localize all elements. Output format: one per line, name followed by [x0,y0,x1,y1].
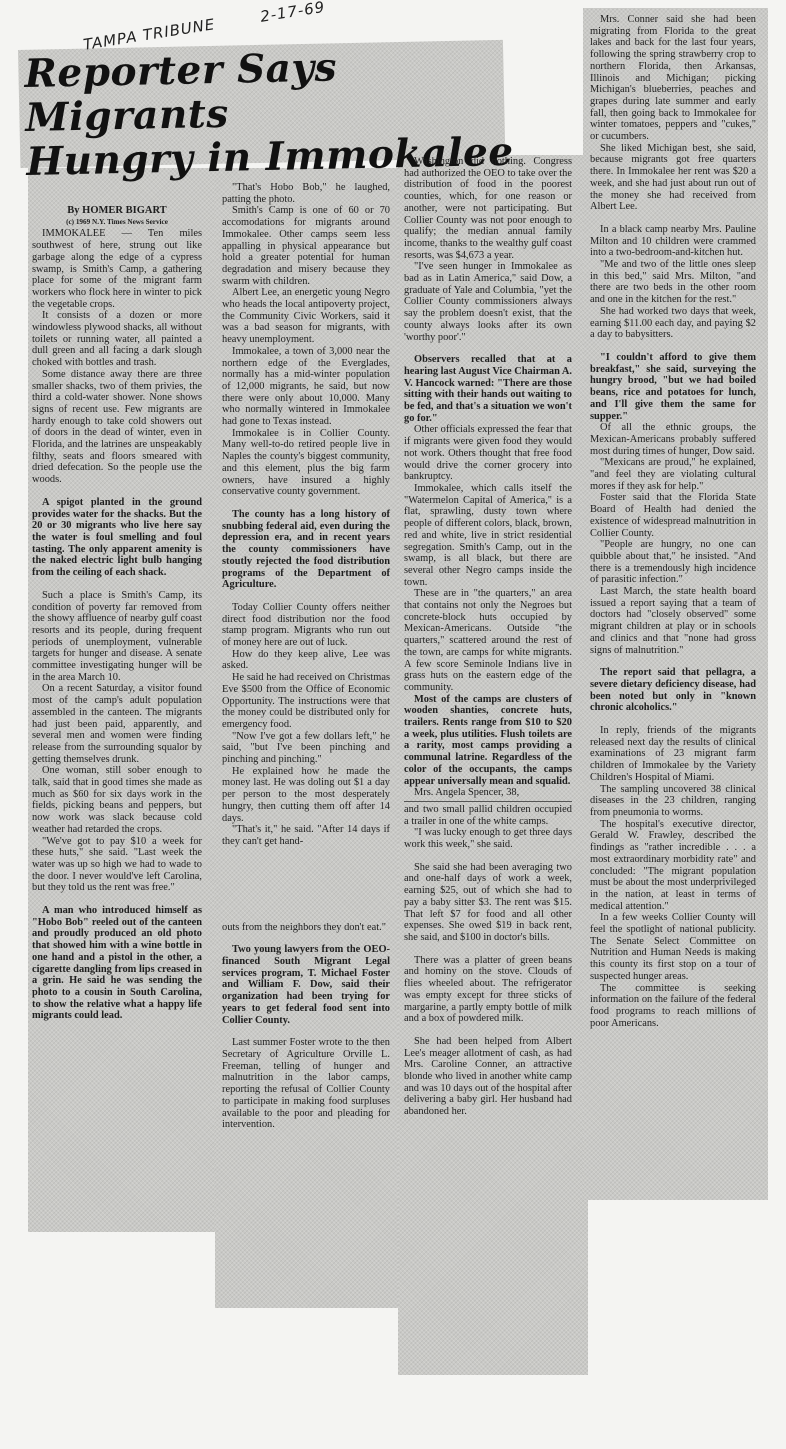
paragraph: In a few weeks Collier County will feel … [590,912,756,982]
paragraph: She liked Michigan best, she said, becau… [590,143,756,213]
article-column-1: By HOMER BIGART (c) 1969 N.Y. Times News… [32,205,202,1022]
article-column-3: Washington did nothing. Congress had aut… [404,156,572,1118]
news-service-credit: (c) 1969 N.Y. Times News Service [32,217,202,229]
paragraph: "That's it," he said. "After 14 days if … [222,824,390,847]
paragraph: Two young lawyers from the OEO-financed … [222,944,390,1026]
paragraph: It consists of a dozen or more windowles… [32,310,202,369]
paragraph: "We've got to pay $10 a week for these h… [32,836,202,895]
paragraph: A man who introduced himself as "Hobo Bo… [32,905,202,1022]
paragraph: "I couldn't afford to give them breakfas… [590,352,756,422]
paragraph: She said she had been averaging two and … [404,862,572,944]
paragraph: A spigot planted in the ground provides … [32,497,202,579]
paragraph: In reply, friends of the migrants releas… [590,725,756,784]
paragraph: He explained how he made the money last.… [222,766,390,825]
paragraph: She had been helped from Albert Lee's me… [404,1036,572,1118]
paragraph: "People are hungry, no one can quibble a… [590,539,756,586]
paragraph: On a recent Saturday, a visitor found mo… [32,683,202,765]
paragraph: Such a place is Smith's Camp, its condit… [32,590,202,684]
paragraph: Immokalee is in Collier County. Many wel… [222,428,390,498]
paragraph: IMMOKALEE — Ten miles southwest of here,… [32,228,202,310]
paragraph: Other officials expressed the fear that … [404,424,572,483]
handwritten-date: 2-17-69 [259,0,327,26]
paragraph: He said he had received on Christmas Eve… [222,672,390,731]
paragraph: There was a platter of green beans and h… [404,955,572,1025]
paragraph: Last summer Foster wrote to the then Sec… [222,1037,390,1131]
paragraph: Of all the ethnic groups, the Mexican-Am… [590,422,756,457]
article-column-2: "That's Hobo Bob," he laughed, patting t… [222,182,390,1131]
article-column-4: Mrs. Conner said she had been migrating … [590,14,756,1029]
paragraph: The sampling uncovered 38 clinical disea… [590,784,756,819]
byline: By HOMER BIGART [32,205,202,217]
paragraph: "Mexicans are proud," he explained, "and… [590,457,756,492]
paragraph: The committee is seeking information on … [590,983,756,1030]
paragraph: "Now I've got a few dollars left," he sa… [222,731,390,766]
paragraph: Some distance away there are three small… [32,369,202,486]
paragraph: How do they keep alive, Lee was asked. [222,649,390,672]
paragraph: "That's Hobo Bob," he laughed, patting t… [222,182,390,205]
paragraph: Washington did nothing. Congress had aut… [404,156,572,261]
headline-line-1: Reporter Says Migrants [24,41,546,140]
column-break [222,848,390,922]
paragraph: Immokalee, a town of 3,000 near the nort… [222,346,390,428]
paragraph: The county has a long history of snubbin… [222,509,390,591]
paragraph: Today Collier County offers neither dire… [222,602,390,649]
paragraph: In a black camp nearby Mrs. Pauline Milt… [590,224,756,259]
paragraph: and two small pallid children occupied a… [404,804,572,827]
paragraph: The hospital's executive director, Geral… [590,819,756,913]
paragraph: One woman, still sober enough to talk, s… [32,765,202,835]
paragraph: Most of the camps are clusters of wooden… [404,694,572,788]
paragraph: The report said that pellagra, a severe … [590,667,756,714]
paragraph: "I was lucky enough to get three days wo… [404,827,572,850]
paragraph: Foster said that the Florida State Board… [590,492,756,539]
paragraph: Last March, the state health board issue… [590,586,756,656]
paragraph: Smith's Camp is one of 60 or 70 accomoda… [222,205,390,287]
paragraph: Albert Lee, an energetic young Negro who… [222,287,390,346]
paste-seam [404,801,572,802]
paragraph: outs from the neighbors they don't eat." [222,922,390,934]
paragraph: Observers recalled that at a hearing las… [404,354,572,424]
paragraph: She had worked two days that week, earni… [590,306,756,341]
paragraph: Mrs. Angela Spencer, 38, [404,787,572,799]
paragraph: "I've seen hunger in Immokalee as bad as… [404,261,572,343]
paragraph: These are in "the quarters," an area tha… [404,588,572,693]
paragraph: Immokalee, which calls itself the "Water… [404,483,572,588]
paragraph: Mrs. Conner said she had been migrating … [590,14,756,143]
paragraph: "Me and two of the little ones sleep in … [590,259,756,306]
